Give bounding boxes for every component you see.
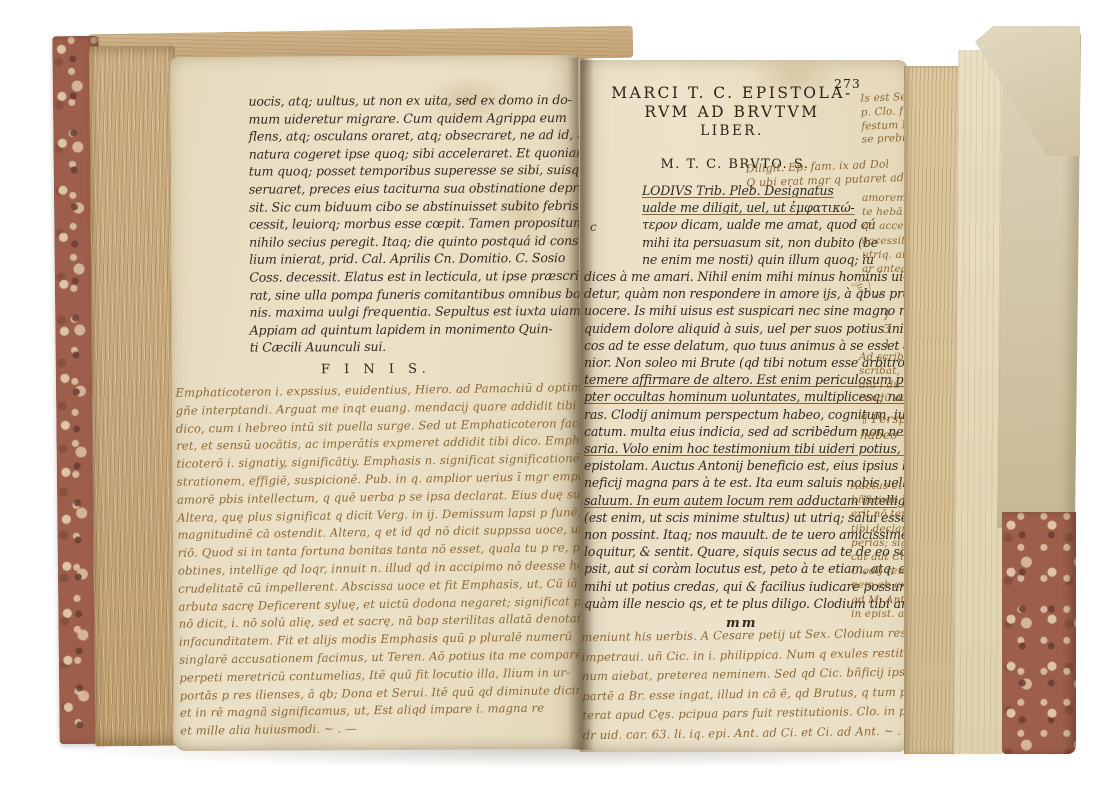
- printed-line: epistolam. Auctus Antonij beneficio est,…: [584, 457, 904, 474]
- left-fore-edge: [89, 46, 181, 747]
- printed-line: saria. Volo enim hoc testimonium tibi ui…: [584, 440, 904, 457]
- left-manuscript-annotation: Emphaticoteron i. expssius, euidentius, …: [175, 379, 580, 740]
- margin-note-ad-scribendum: Ad scribēdū i. utscribat, nā gerdiu i dū…: [859, 351, 908, 406]
- margin-note-perspectum: ¶ Perspectumhabeo —: [860, 412, 908, 443]
- manuscript-line: habeo —: [860, 428, 908, 444]
- manuscript-line: Clodij reuocati: [851, 564, 908, 578]
- manuscript-line: qd M. Antonius: [851, 593, 908, 607]
- printed-line: seruaret, preces eius taciturna sua obst…: [249, 179, 569, 198]
- printed-line: lium inierat, prid. Cal. Aprilis Cn. Dom…: [249, 249, 569, 268]
- manuscript-line: perias; signifi: [851, 536, 908, 550]
- printed-line: ras. Clodij animum perspectum habeo, cog…: [584, 406, 904, 423]
- manuscript-line: te hebā posse mi: [862, 205, 908, 219]
- printed-line: flens, atq; osculans oraret, atq; obsecr…: [249, 126, 569, 145]
- printed-line: Appiam ad quintum lapidem in monimento Q…: [250, 320, 570, 339]
- manuscript-line: utriq. amor uid: [862, 248, 908, 262]
- printed-line: rat, sine ulla pompa funeris comitantibu…: [249, 285, 569, 304]
- heading-line: MARCI T. C. EPISTOLA-: [582, 84, 882, 103]
- right-marbled-board: [1002, 512, 1076, 754]
- printed-line: pter occultas hominum uoluntates, multip…: [584, 388, 904, 405]
- manuscript-line: Ad scribēdū i. ut: [859, 351, 908, 365]
- manuscript-line: rendū accipiūt: [859, 392, 908, 406]
- manuscript-line: in epist. ad Cic: [851, 607, 908, 621]
- printed-line: quidem dolore aliquid à suis, uel per su…: [584, 320, 904, 337]
- manuscript-line: tibi declaret re: [851, 522, 908, 536]
- manuscript-line: bñficium hoc f: [851, 493, 908, 507]
- printed-line: nior. Non soleo mi Brute (qd tibi notum …: [584, 354, 904, 371]
- margin-note-diligit: Diligit. Ep. fam. ix ad DolQ ubi erat mg…: [746, 156, 908, 191]
- manuscript-line: dr uid. car. 63. li. iq. epi. Ant. ad Ci…: [583, 721, 907, 745]
- book-photo: uocis, atq; uultus, ut non ex uita, sed …: [0, 0, 1118, 800]
- printed-line: temere affirmare de altero. Est enim per…: [584, 371, 904, 388]
- printed-line: tum quoq; posset temporibus superesse se…: [249, 161, 569, 180]
- left-printed-text: uocis, atq; uultus, ut non ex uita, sed …: [248, 91, 569, 357]
- margin-note-clodius: Is est Sex. Clodius illep. Clo. filius, …: [860, 87, 908, 147]
- manuscript-line: cat aut Cl. Sex: [851, 550, 908, 564]
- book-gutter: [568, 58, 594, 750]
- finis-label: F I N I S.: [172, 361, 580, 378]
- manuscript-line: diu i dū passiui: [859, 379, 908, 393]
- manuscript-line: ¶ Perspectum: [860, 412, 908, 428]
- printed-line: uocere. Is mihi uisus est suspicari nec …: [584, 302, 904, 319]
- printed-line: nis. maxima uulgi frequentia. Sepultus e…: [249, 302, 569, 321]
- right-manuscript-annotation: meniunt his uerbis. A Cesare petij ut Se…: [581, 624, 907, 746]
- printed-line: catum. multa eius indicia, sed ad scribē…: [584, 423, 904, 440]
- chapter-heading: MARCI T. C. EPISTOLA- RVM AD BRVTVM LIBE…: [582, 84, 882, 141]
- manuscript-line: Auctus et qd. Quo: [851, 479, 908, 493]
- right-fore-edge-inner: [904, 66, 960, 754]
- left-page: uocis, atq; uultus, ut non ex uita, sed …: [170, 55, 582, 751]
- printed-line: cos ad te esse delatum, quo tuus animus …: [584, 337, 904, 354]
- printed-line: ti Cæcili Auunculi sui.: [250, 337, 570, 356]
- printed-line: natura cogeret ipse quoq; sibi accelerar…: [249, 144, 569, 163]
- printed-line: sit. Sic cum biduum cibo se abstinuisset…: [249, 197, 569, 216]
- heading-line: RVM AD BRVTVM: [582, 103, 882, 122]
- manuscript-line: erit nō temere: [851, 507, 908, 521]
- printed-line: cessit, leuiorq; morbus esse cœpit. Tame…: [249, 214, 569, 233]
- manuscript-line: amorem quē erga: [862, 191, 908, 205]
- right-page: 273 MARCI T. C. EPISTOLA- RVM AD BRVTVM …: [580, 60, 908, 752]
- manuscript-line: scribat, nā ger: [859, 365, 908, 379]
- printed-line: Coss. decessit. Elatus est in lecticula,…: [249, 267, 569, 286]
- margin-note-diligit-side: amorem quē ergate hebā posse miqd accede…: [862, 191, 908, 276]
- manuscript-line: qd accedere. ratiū: [862, 219, 908, 233]
- printed-line: uocis, atq; uultus, ut non ex uita, sed …: [248, 91, 568, 110]
- manuscript-line: nem ab exilio: [851, 578, 908, 592]
- manuscript-line: accessit, ut in nūl: [862, 234, 908, 248]
- printed-line: mum uideretur migrare. Cum quidem Agripp…: [248, 109, 568, 128]
- printed-line: nihilo secius peregit. Itaq; die quinto …: [249, 232, 569, 251]
- margin-note-auctus: Auctus et qd. Quobñficium hoc ferit nō t…: [851, 479, 908, 621]
- heading-line: LIBER.: [582, 122, 882, 141]
